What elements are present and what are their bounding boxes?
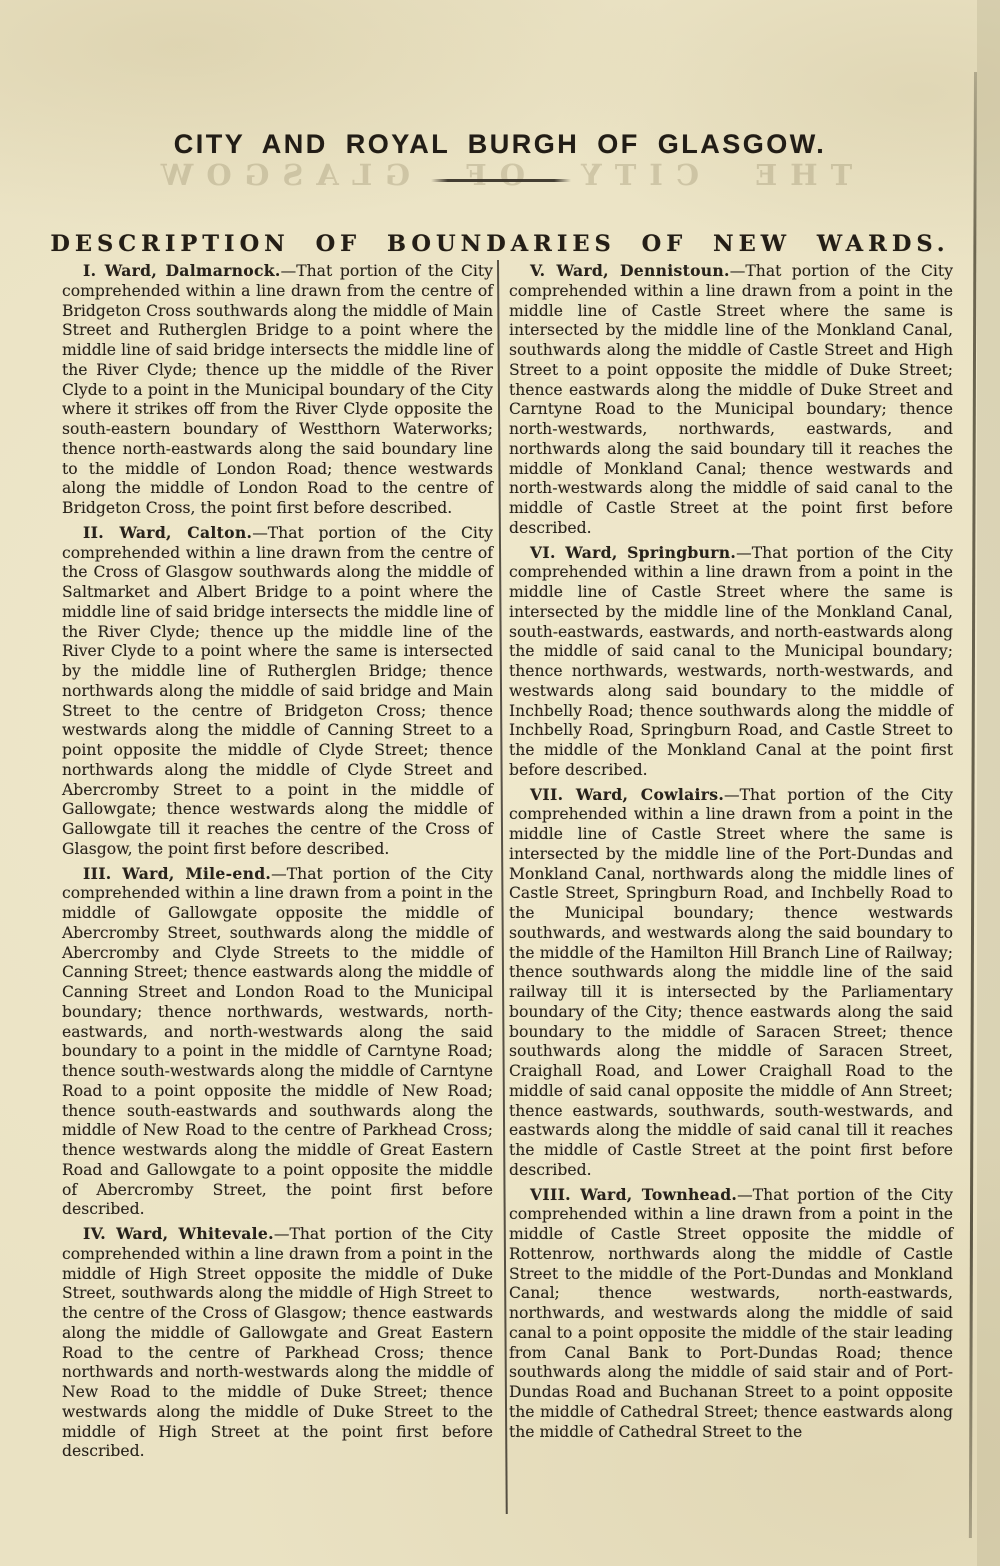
ward-vii-body-text: —That portion of the City comprehended w…: [509, 786, 953, 1179]
ward-iii-mile-end-paragraph: III. Ward, Mile-end.—That portion of the…: [62, 864, 493, 1221]
page-edge-strip: [977, 0, 1000, 1566]
ward-v-heading: V. Ward, Dennistoun.: [530, 261, 730, 280]
scanned-document-page: THE CITY OF GLASGOW CITY AND ROYAL BURGH…: [0, 0, 1000, 1566]
ward-vi-heading: VI. Ward, Springburn.: [530, 543, 736, 562]
ward-iv-whitevale-paragraph: IV. Ward, Whitevale.—That portion of the…: [62, 1224, 493, 1462]
title-divider-rule: [431, 179, 571, 182]
ward-iv-body-text: —That portion of the City comprehended w…: [62, 1225, 493, 1460]
ward-iii-heading: III. Ward, Mile-end.: [83, 864, 271, 883]
ward-iv-heading: IV. Ward, Whitevale.: [83, 1224, 274, 1243]
ward-ii-body-text: —That portion of the City comprehended w…: [62, 524, 493, 858]
section-heading: DESCRIPTION OF BOUNDARIES OF NEW WARDS.: [0, 231, 1000, 257]
right-column: V. Ward, Dennistoun.—That portion of the…: [509, 261, 953, 1442]
ward-v-body-text: —That portion of the City comprehended w…: [509, 262, 953, 537]
ward-vi-body-text: —That portion of the City comprehended w…: [509, 544, 953, 779]
ward-viii-body-text: —That portion of the City comprehended w…: [509, 1186, 953, 1441]
ward-v-dennistoun-paragraph: V. Ward, Dennistoun.—That portion of the…: [509, 261, 953, 539]
ward-ii-heading: II. Ward, Calton.: [83, 523, 252, 542]
ghost-showthrough-text: THE CITY OF GLASGOW: [0, 158, 1000, 192]
ward-ii-calton-paragraph: II. Ward, Calton.—That portion of the Ci…: [62, 523, 493, 860]
ward-vii-heading: VII. Ward, Cowlairs.: [530, 785, 724, 804]
left-column: I. Ward, Dalmarnock.—That portion of the…: [62, 261, 493, 1462]
ward-vii-cowlairs-paragraph: VII. Ward, Cowlairs.—That portion of the…: [509, 785, 953, 1181]
column-divider-rule: [497, 260, 508, 1514]
ward-viii-heading: VIII. Ward, Townhead.: [530, 1185, 737, 1204]
ward-viii-townhead-paragraph: VIII. Ward, Townhead.—That portion of th…: [509, 1185, 953, 1443]
ward-i-body-text: —That portion of the City comprehended w…: [62, 262, 493, 517]
ward-i-dalmarnock-paragraph: I. Ward, Dalmarnock.—That portion of the…: [62, 261, 493, 519]
page-title: CITY AND ROYAL BURGH OF GLASGOW.: [0, 129, 1000, 160]
ward-vi-springburn-paragraph: VI. Ward, Springburn.—That portion of th…: [509, 543, 953, 781]
ward-i-heading: I. Ward, Dalmarnock.: [83, 261, 281, 280]
ward-iii-body-text: —That portion of the City comprehended w…: [62, 865, 493, 1219]
page-edge-line: [969, 72, 977, 1538]
